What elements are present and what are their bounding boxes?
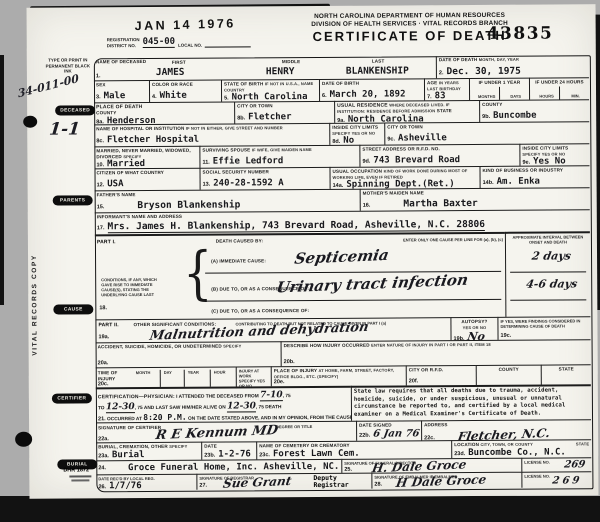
field-date-of-birth: DATE OF BIRTH 6.March 20, 1892 (319, 78, 424, 101)
field-date-signed: DATE SIGNED 22b.6 Jan 76 (356, 420, 421, 440)
pod-city-limits-value: No (343, 136, 354, 145)
field-name: NAME OF DECEASED FIRST MIDDLE LAST 1. JA… (94, 56, 436, 80)
field-disposition: BURIAL, CREMATION, OTHER SPECIFY 23a.Bur… (96, 442, 201, 461)
form-number: DHR 1872 (63, 467, 89, 473)
field-father-name: FATHER'S NAME 15.Bryson Blankenship (95, 189, 360, 213)
funeral-director-license-value: 269 (563, 459, 586, 470)
age-value: 83 (435, 91, 446, 100)
part1-interval-column: APPROXIMATE INTERVAL BETWEEN ONSET AND D… (505, 231, 591, 317)
date-received-value: 1/7/76 (109, 481, 142, 490)
scan-artifact-bottom-bar (0, 496, 600, 522)
field-surviving-spouse: SURVIVING SPOUSE IF WIFE, GIVE MAIDEN NA… (199, 145, 359, 168)
vital-records-copy-label: VITAL RECORDS COPY (31, 226, 39, 356)
disposition-date-value: 1-2-76 (218, 449, 251, 459)
due-to-b-value: Urinary tract infection (275, 271, 470, 297)
field-place-of-injury: PLACE OF INJURY AT HOME, FARM, STREET, F… (271, 365, 406, 386)
attended-to-value: 12-30 (106, 402, 135, 413)
field-age-under-24-hours: IF UNDER 24 HOURS HOURSMIN. (529, 77, 589, 99)
field-place-of-death-city: CITY OR TOWN 8b.Fletcher (234, 101, 334, 124)
residence-county-value: Buncombe (493, 111, 536, 121)
field-injury-state: STATE (541, 364, 591, 384)
last-name-value: BLANKENSHIP (346, 65, 409, 76)
ink-blot-lower (15, 432, 32, 447)
field-injury-county: COUNTY (476, 365, 541, 385)
father-name-value: Bryson Blankenship (137, 199, 240, 211)
first-name-value: JAMES (156, 67, 185, 78)
pod-city-value: Fletcher (248, 112, 291, 122)
pod-county-value: Henderson (107, 115, 156, 124)
field-certifier-signature: SIGNATURE OF CERTIFIER DEGREE OR TITLE 2… (96, 421, 356, 443)
field-funeral-director-license: LICENSE NO. 269 (521, 457, 591, 471)
tab-parents: PARENTS (53, 195, 93, 205)
field-street-address: STREET ADDRESS OR R.F.D. NO. 9d.743 Brev… (359, 144, 519, 167)
scan-artifact-left-edge (0, 55, 4, 305)
field-disposition-date: DATE 23b.1-2-76 (201, 441, 256, 459)
registration-district-value: 045-00 (143, 37, 176, 48)
field-injury-at-work: INJURY AT WORK SPECIFY YES OR NO 20d. (236, 366, 271, 386)
registrar-signature-value: Sue Grant (222, 474, 293, 490)
form-number-smallprint2 (71, 479, 89, 481)
field-ssn: SOCIAL SECURITY NUMBER 13.240-28-1592 A (199, 167, 329, 190)
date-of-birth-value: March 20, 1892 (330, 89, 406, 99)
field-certification: CERTIFICATION—PHYSICIAN: I ATTENDED THE … (96, 386, 351, 423)
field-race: COLOR OR RACE 4.White (149, 80, 221, 102)
certifier-address-value: Fletcher, N.C. (456, 425, 551, 440)
field-injury-description: DESCRIBE HOW INJURY OCCURRED ENTER NATUR… (281, 339, 591, 366)
date-signed-value: 6 Jan 76 (372, 428, 420, 439)
disposition-value: Burial (112, 450, 145, 460)
funeral-director-signature-value: H. Dale Groce (371, 458, 468, 473)
form-number-smallprint (69, 475, 91, 477)
embalmer-signature-value: H Dale Groce (395, 472, 488, 488)
industry-value: Am. Enka (497, 177, 540, 187)
field-hospital: NAME OF HOSPITAL OR INSTITUTION IF NOT I… (94, 123, 329, 146)
last-alive-value: 12-30 (227, 401, 256, 412)
field-autopsy-findings: IF YES, WERE FINDINGS CONSIDERED IN DETE… (497, 316, 590, 340)
residence-city-value: Asheville (398, 133, 447, 143)
field-sex: SEX 3.Male (94, 80, 149, 102)
field-mother-name: MOTHER'S MAIDEN NAME 16.Martha Baxter (360, 187, 590, 210)
mother-name-value: Martha Baxter (403, 198, 477, 209)
conditions-note: CONDITIONS, IF ANY, WHICH GAVE RISE TO I… (101, 277, 163, 297)
field-funeral-director-signature: SIGNATURE OF FUNERAL DIRECTOR 25. H. Dal… (341, 458, 521, 473)
type-print-note: TYPE OR PRINT IN PERMANENT BLACK INK (45, 57, 91, 74)
field-informant: INFORMANT'S NAME AND ADDRESS 17.Mrs. Jam… (95, 209, 590, 234)
margin-handwritten-mark: 1-1 (48, 119, 81, 139)
sex-value: Male (104, 91, 126, 101)
spouse-value: Effie Ledford (213, 156, 284, 166)
immediate-cause-value: Septicemia (293, 246, 390, 268)
embalmer-license-value: 269 (551, 475, 583, 486)
tab-deceased: DECEASED (55, 105, 95, 115)
margin-handwritten-code: 34-011-00 (17, 72, 79, 101)
middle-name-value: HENRY (266, 66, 295, 77)
field-certifier-address: ADDRESS 22c.Fletcher, N.C. (421, 419, 591, 440)
funeral-home-value: Groce Funeral Home, Inc. Asheville, NC. (128, 461, 339, 472)
certifier-signature-value: R E Kennum MD (154, 423, 279, 442)
field-name-labels: NAME OF DECEASED FIRST MIDDLE LAST (96, 57, 434, 65)
field-date-received: DATE REC'D BY LOCAL REG. 26.1/7/76 (96, 474, 196, 491)
field-funeral-home: 24. Groce Funeral Home, Inc. Asheville, … (96, 459, 341, 474)
field-industry: KIND OF BUSINESS OR INDUSTRY 14b.Am. Enk… (479, 165, 589, 188)
field-registrar-signature: SIGNATURE OF REGISTRAR 27. Sue Grant Dep… (196, 473, 371, 490)
date-of-death-value: Dec. 30, 1975 (446, 66, 520, 77)
field-residence-city-limits: INSIDE CITY LIMITS SPECIFY YES OR NO 9e.… (519, 143, 589, 165)
cause-brace: { (183, 245, 213, 307)
ink-blot-upper (23, 116, 37, 128)
field-cemetery: NAME OF CEMETERY OR CREMATORY 23c.Forest… (256, 440, 451, 459)
field-state-of-birth: STATE OF BIRTH IF NOT IN U.S.A., NAME CO… (221, 79, 319, 102)
field-residence-state: USUAL RESIDENCE WHERE DECEASED LIVED. IF… (334, 100, 479, 123)
local-no-label: LOCAL NO. (178, 42, 202, 48)
local-no-blank (205, 39, 251, 47)
field-time-of-injury: TIME OF INJURY MONTH DAY YEAR HOUR 20c. (96, 366, 236, 387)
informant-value: Mrs. James H. Blankenship, 743 Brevard R… (107, 219, 485, 233)
cemetery-value: Forest Lawn Cem. (273, 448, 360, 459)
date-received-stamp: JAN 14 1976 (134, 16, 236, 33)
field-date-of-death: DATE OF DEATH MONTH, DAY, YEAR 2.Dec. 30… (436, 55, 589, 78)
registrar-title: Deputy Registrar (313, 475, 365, 490)
tab-cause: CAUSE (53, 304, 93, 314)
registration-district-label: REGISTRATIONDISTRICT NO. (107, 37, 140, 48)
field-name-number: 1. (96, 73, 101, 79)
field-residence-city: CITY OR TOWN 9c.Asheville (384, 121, 589, 144)
field-place-of-death-county: PLACE OF DEATHCOUNTY 8a.Henderson (94, 101, 234, 124)
certificate-paper: JAN 14 1976 NORTH CAROLINA DEPARTMENT OF… (27, 4, 599, 498)
field-injury-city: CITY OR R.F.D. 20f. (406, 365, 476, 385)
part2-conditions: PART II. OTHER SIGNIFICANT CONDITIONS: C… (95, 317, 450, 342)
scanned-death-certificate: { "colors":{"background":"#acacac","pape… (0, 0, 600, 522)
field-citizen: CITIZEN OF WHAT COUNTRY 12.USA (94, 168, 199, 191)
field-embalmer-license: LICENSE NO. 269 (521, 471, 591, 487)
state-law-notice: State law requires that all deaths due t… (351, 384, 591, 420)
field-marital-status: MARRIED, NEVER MARRIED, WIDOWED, DIVORCE… (94, 146, 199, 169)
field-autopsy: AUTOPSY?YES OR NO 19b.No (450, 317, 497, 340)
residence-city-limits-value: Yes No (533, 156, 566, 165)
field-occupation: USUAL OCCUPATION KIND OF WORK DONE DURIN… (329, 166, 479, 189)
interval-a-value: 2 days (531, 249, 572, 262)
autopsy-value: No (466, 330, 486, 340)
tab-certifier: CERTIFIER (52, 393, 92, 403)
field-age: AGE IN YEARS LAST BIRTHDAY 7.83 (424, 78, 469, 100)
field-age-under-1-year: IF UNDER 1 YEAR MONTHSDAYS (469, 78, 529, 100)
interval-b-value: 4-6 days (525, 277, 578, 290)
attended-from-value: 7-10 (260, 390, 283, 401)
registration-district: REGISTRATIONDISTRICT NO. 045-00 LOCAL NO… (107, 36, 252, 48)
certificate-number: 43835 (487, 24, 554, 44)
marital-status-value: Married (107, 159, 145, 168)
field-embalmer-signature: SIGNATURE OF EMBALMER IF EMBALMED 28. H … (371, 472, 521, 489)
field-cemetery-location: LOCATION CITY, TOWN, OR COUNTY STATE 23d… (451, 439, 591, 458)
part1-cause-body: 18. CONDITIONS, IF ANY, WHICH GAVE RISE … (95, 245, 505, 320)
field-pod-city-limits: INSIDE CITY LIMITS SPECIFY YES OR NO 8d.… (329, 123, 384, 145)
field-manner-of-death: ACCIDENT, SUICIDE, HOMICIDE, OR UNDETERM… (96, 341, 281, 367)
cemetery-location-value: Buncombe Co., N.C. (468, 447, 566, 458)
hospital-value: Fletcher Hospital (107, 135, 199, 146)
street-address-value: 743 Brevard Road (373, 155, 460, 166)
field-residence-county: COUNTY 9b.Buncombe (479, 99, 589, 122)
citizen-value: USA (107, 179, 123, 189)
race-value: White (160, 91, 187, 101)
ssn-value: 240-28-1592 A (213, 178, 284, 188)
